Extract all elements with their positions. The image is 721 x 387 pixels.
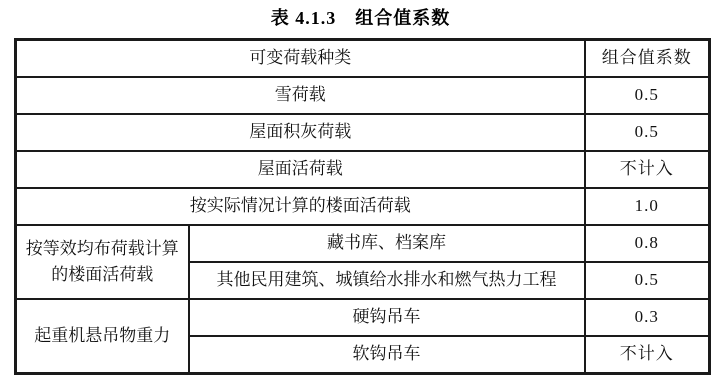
coefficient-cell: 0.8 (585, 225, 710, 262)
load-group-cell: 按等效均布荷载计算的楼面活荷载 (16, 225, 189, 299)
coefficient-cell: 不计入 (585, 151, 710, 188)
load-type-cell: 屋面积灰荷载 (16, 114, 585, 151)
table-row: 屋面活荷载 不计入 (16, 151, 710, 188)
load-subtype-cell: 藏书库、档案库 (189, 225, 585, 262)
table-header-row: 可变荷载种类 组合值系数 (16, 40, 710, 78)
load-subtype-cell: 软钩吊车 (189, 336, 585, 374)
load-type-cell: 屋面活荷载 (16, 151, 585, 188)
header-cell-load-type: 可变荷载种类 (16, 40, 585, 78)
table-row: 按等效均布荷载计算的楼面活荷载 藏书库、档案库 0.8 (16, 225, 710, 262)
load-subtype-cell: 其他民用建筑、城镇给水排水和燃气热力工程 (189, 262, 585, 299)
coefficient-cell: 1.0 (585, 188, 710, 225)
table-row: 雪荷载 0.5 (16, 77, 710, 114)
table-row: 屋面积灰荷载 0.5 (16, 114, 710, 151)
load-subtype-cell: 硬钩吊车 (189, 299, 585, 336)
document-page: 表 4.1.3 组合值系数 可变荷载种类 组合值系数 雪荷载 0.5 屋面积灰荷… (0, 0, 721, 387)
load-group-cell: 起重机悬吊物重力 (16, 299, 189, 374)
coefficient-cell: 0.3 (585, 299, 710, 336)
combination-coefficient-table: 可变荷载种类 组合值系数 雪荷载 0.5 屋面积灰荷载 0.5 屋面活荷载 不计… (14, 38, 711, 375)
coefficient-cell: 不计入 (585, 336, 710, 374)
load-type-cell: 按实际情况计算的楼面活荷载 (16, 188, 585, 225)
coefficient-cell: 0.5 (585, 114, 710, 151)
table-row: 按实际情况计算的楼面活荷载 1.0 (16, 188, 710, 225)
coefficient-cell: 0.5 (585, 77, 710, 114)
table-row: 起重机悬吊物重力 硬钩吊车 0.3 (16, 299, 710, 336)
header-cell-coefficient: 组合值系数 (585, 40, 710, 78)
table-title: 表 4.1.3 组合值系数 (0, 4, 721, 30)
coefficient-cell: 0.5 (585, 262, 710, 299)
load-type-cell: 雪荷载 (16, 77, 585, 114)
